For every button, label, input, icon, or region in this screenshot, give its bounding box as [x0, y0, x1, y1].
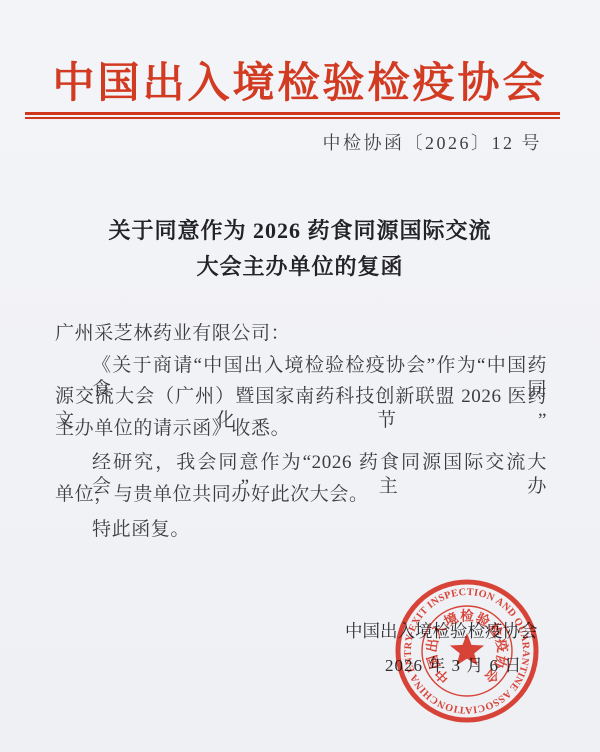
- seal-cn-char: 出: [424, 638, 441, 654]
- seal-cn-char: 检: [460, 608, 474, 624]
- letterhead-org-title: 中国出入境检验检疫协会: [0, 50, 600, 110]
- seal-cn-char: 疫: [493, 637, 511, 654]
- body-line: 主办单位的请示函》收悉。: [55, 417, 290, 441]
- letter-page: 中国出入境检验检疫协会 中检协函〔2026〕12 号 关于同意作为 2026 药…: [0, 0, 600, 752]
- seal-cn-char: 国: [423, 653, 443, 671]
- seal-cn-char: 会: [481, 666, 502, 687]
- letterhead-divider-rule: [25, 112, 560, 119]
- letter-title-line2: 大会主办单位的复函: [0, 250, 600, 281]
- body-line: 单位，与贵单位共同办好此次大会。: [55, 483, 369, 507]
- closing-line: 特此函复。: [92, 518, 190, 542]
- document-number: 中检协函〔2026〕12 号: [323, 129, 543, 155]
- recipient-line: 广州采芝林药业有限公司：: [55, 322, 290, 346]
- official-seal-stamp-icon: CHINA ENTRY-EXIT INSPECTION AND QUARANTI…: [392, 576, 542, 726]
- seal-star-icon: [450, 633, 484, 666]
- letter-title-line1: 关于同意作为 2026 药食同源国际交流: [0, 214, 600, 245]
